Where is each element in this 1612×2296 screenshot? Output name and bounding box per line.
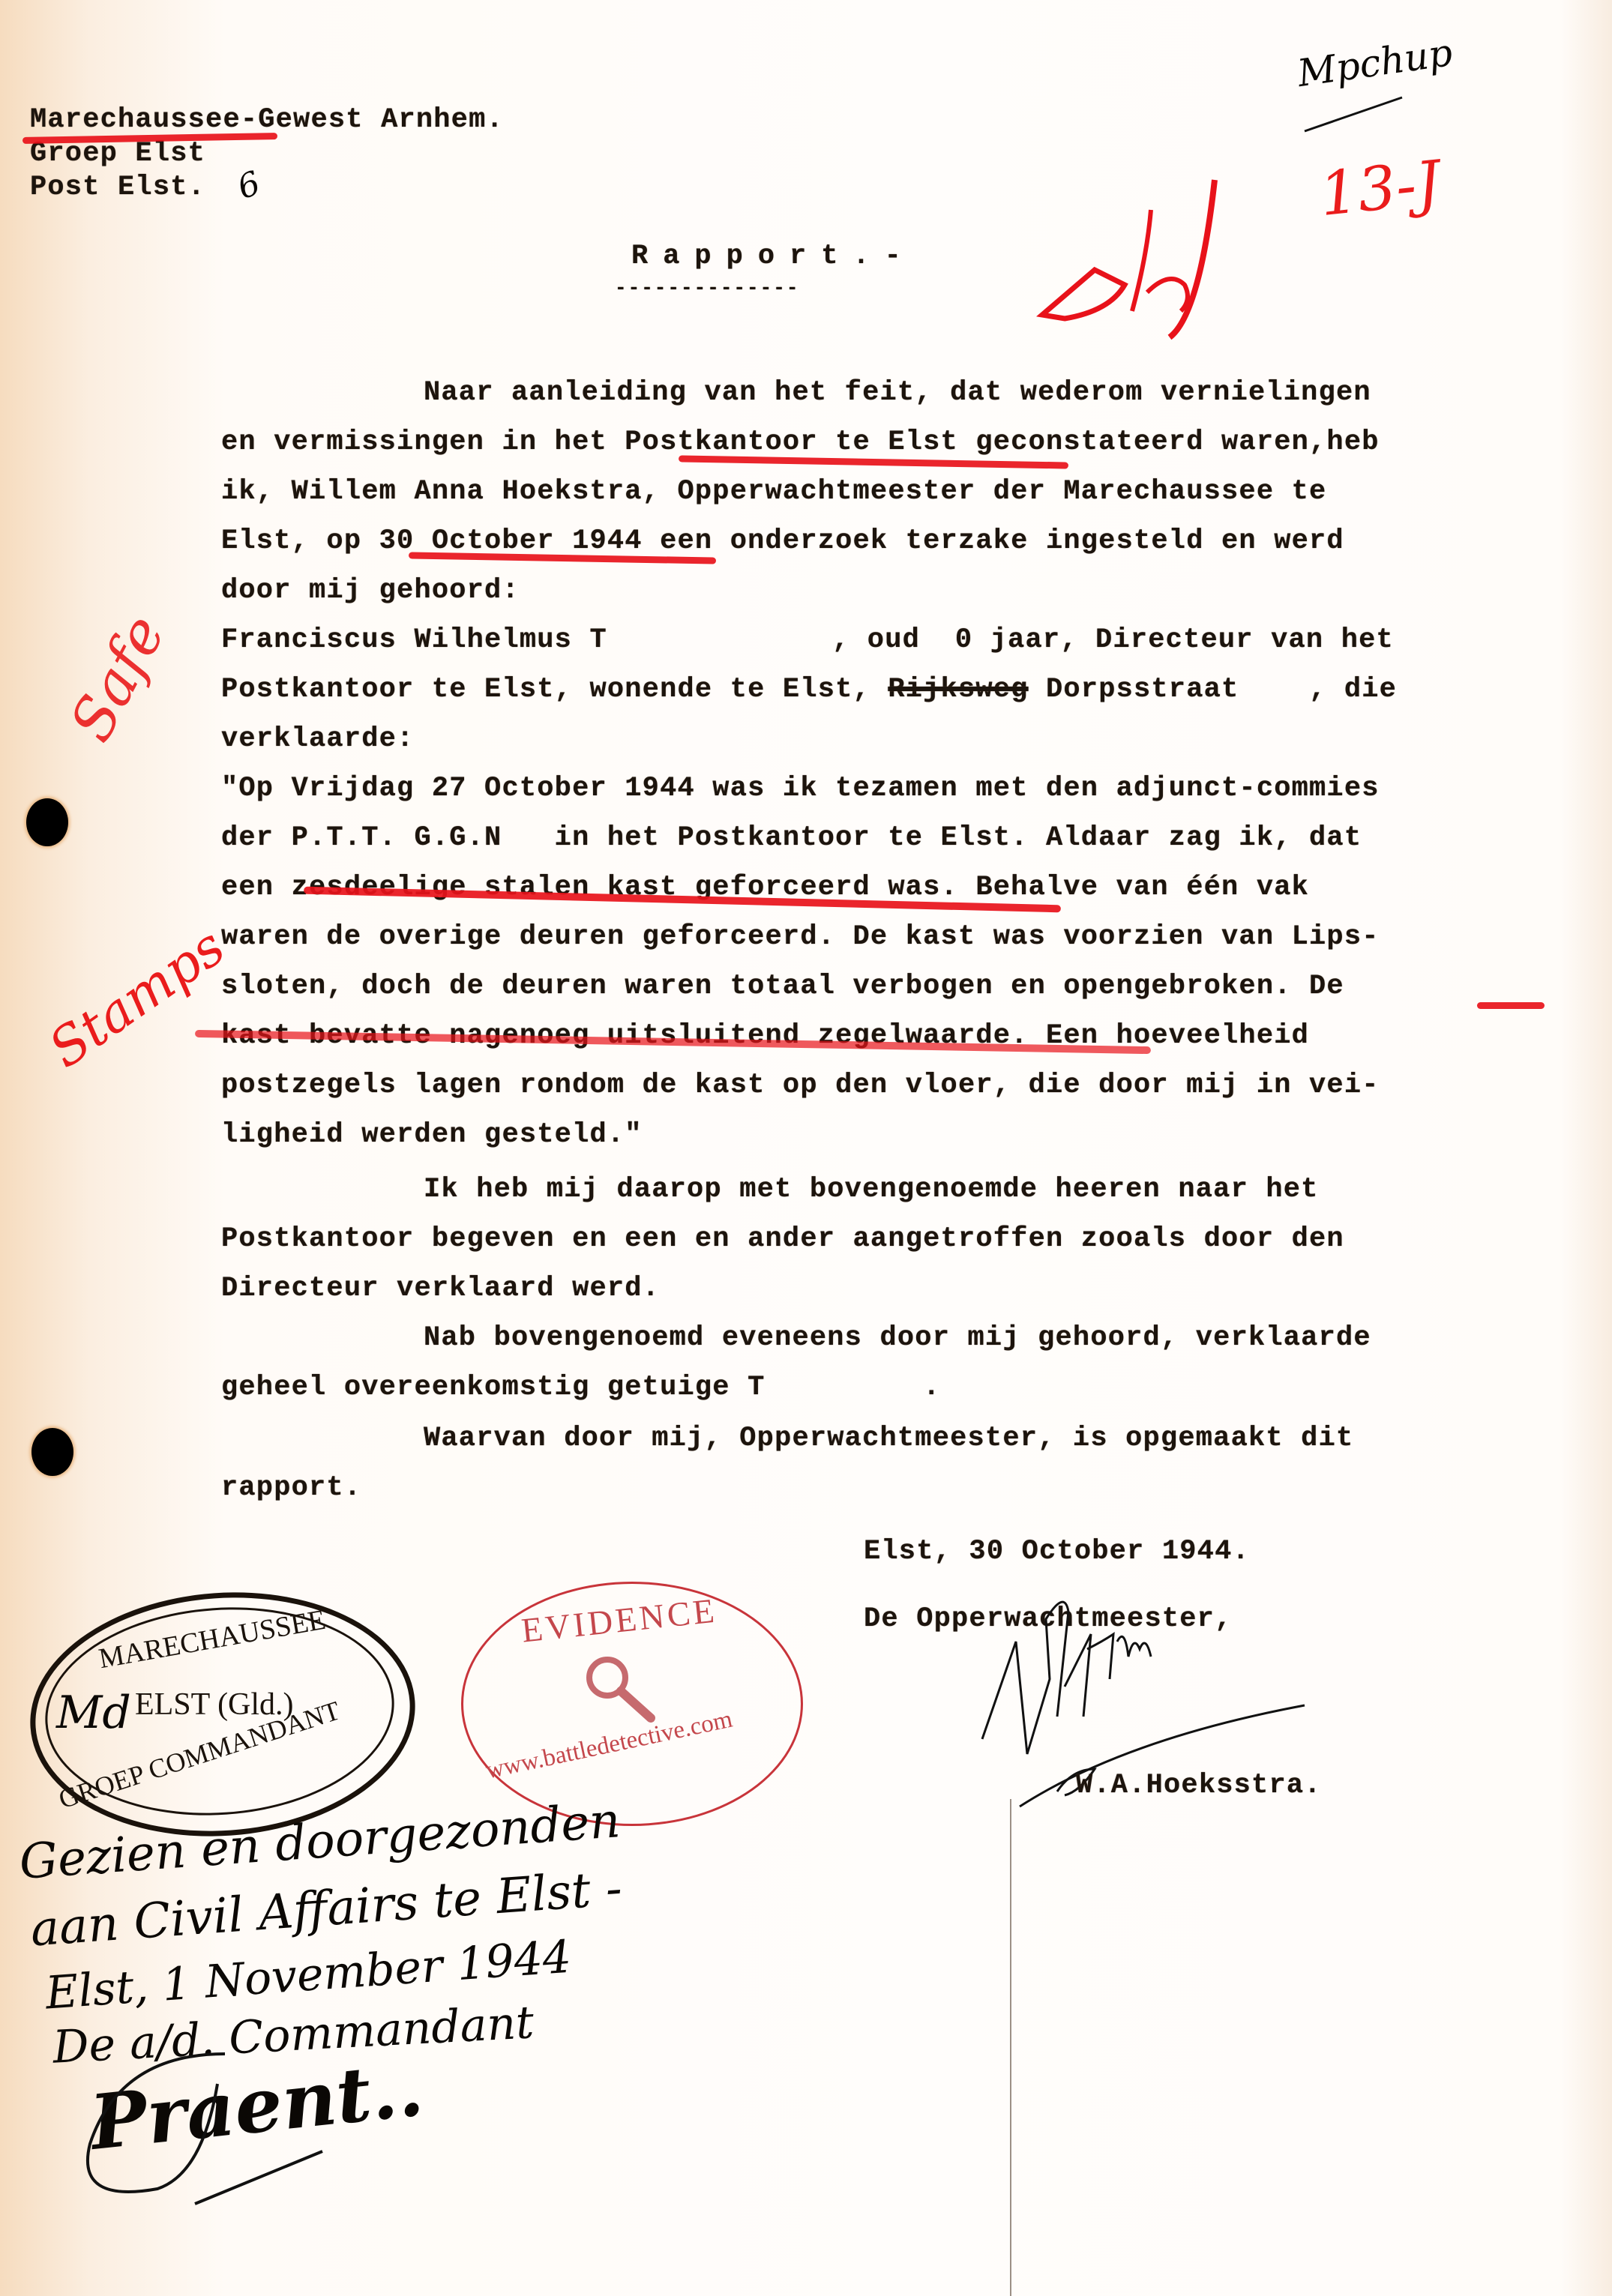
paragraph-1-line-3: ik, Willem Anna Hoekstra, Opperwachtmees…	[221, 475, 1326, 508]
paragraph-3-line-1: Nab bovengenoemd eveneens door mij gehoo…	[424, 1322, 1371, 1355]
witness-line-1a: Franciscus Wilhelmus T	[221, 624, 607, 657]
paragraph-2-line-2: Postkantoor begeven en een en ander aang…	[221, 1223, 1344, 1256]
paragraph-2-line-3: Directeur verklaard werd.	[221, 1272, 660, 1305]
header-region: Marechaussee-Gewest Arnhem.	[30, 103, 504, 136]
statement-line-8: ligheid werden gesteld."	[221, 1118, 643, 1151]
paragraph-1-line-1: Naar aanleiding van het feit, dat wedero…	[424, 376, 1371, 409]
punch-hole-top	[26, 798, 68, 846]
statement-line-7: postzegels lagen rondom de kast op den v…	[221, 1069, 1380, 1102]
punch-hole-bottom	[31, 1428, 73, 1476]
top-right-initials-stroke	[1275, 30, 1425, 120]
signature-place-date: Elst, 30 October 1944.	[864, 1535, 1250, 1568]
red-reference-code: 13-J	[1317, 148, 1444, 229]
endorsement-signature-loop	[75, 2039, 270, 2204]
witness-line-3: verklaarde:	[221, 723, 414, 756]
paragraph-3-line-2: geheel overeenkomstig getuige T .	[221, 1371, 941, 1404]
statement-line-1: "Op Vrijdag 27 October 1944 was ik tezam…	[221, 772, 1380, 805]
witness-address-suffix: Dorpsstraat , die	[1029, 674, 1397, 705]
report-title-underline: --------------	[615, 271, 799, 304]
witness-line-1b: , oud 0 jaar, Directeur van het	[832, 624, 1394, 657]
header-handwritten-number: 6	[232, 164, 265, 208]
header-post: Post Elst.	[30, 171, 205, 204]
statement-line-5: sloten, doch de deuren waren totaal verb…	[221, 970, 1344, 1003]
struck-street-name: Rijksweg	[888, 674, 1028, 705]
fold-line	[1010, 1799, 1011, 2296]
witness-line-2: Postkantoor te Elst, wonende te Elst, Ri…	[221, 673, 1397, 706]
paragraph-4-line-1: Waarvan door mij, Opperwachtmeester, is …	[424, 1422, 1353, 1455]
statement-line-4: waren de overige deuren geforceerd. De k…	[221, 920, 1380, 953]
report-title: Rapport.-	[631, 240, 916, 273]
marechaussee-stamp-initials: Md	[56, 1687, 131, 1739]
paragraph-1-line-2: en vermissingen in het Postkantoor te El…	[221, 426, 1380, 459]
margin-note-safe: Safe	[58, 605, 179, 753]
statement-line-2: der P.T.T. G.G.N in het Postkantoor te E…	[221, 822, 1362, 855]
margin-note-stamps: Stamps	[37, 915, 235, 1079]
signature-name: W.A.Hoeksstra.	[1076, 1769, 1322, 1802]
paragraph-2-line-1: Ik heb mij daarop met bovengenoemde heer…	[424, 1173, 1319, 1206]
red-scribble-mark	[1020, 165, 1290, 337]
witness-address-prefix: Postkantoor te Elst, wonende te Elst,	[221, 674, 888, 705]
paragraph-4-line-2: rapport.	[221, 1471, 361, 1504]
paragraph-1-line-4: Elst, op 30 October 1944 een onderzoek t…	[221, 525, 1344, 558]
paragraph-1-line-5: door mij gehoord:	[221, 574, 520, 607]
underline-de	[1477, 1002, 1545, 1009]
